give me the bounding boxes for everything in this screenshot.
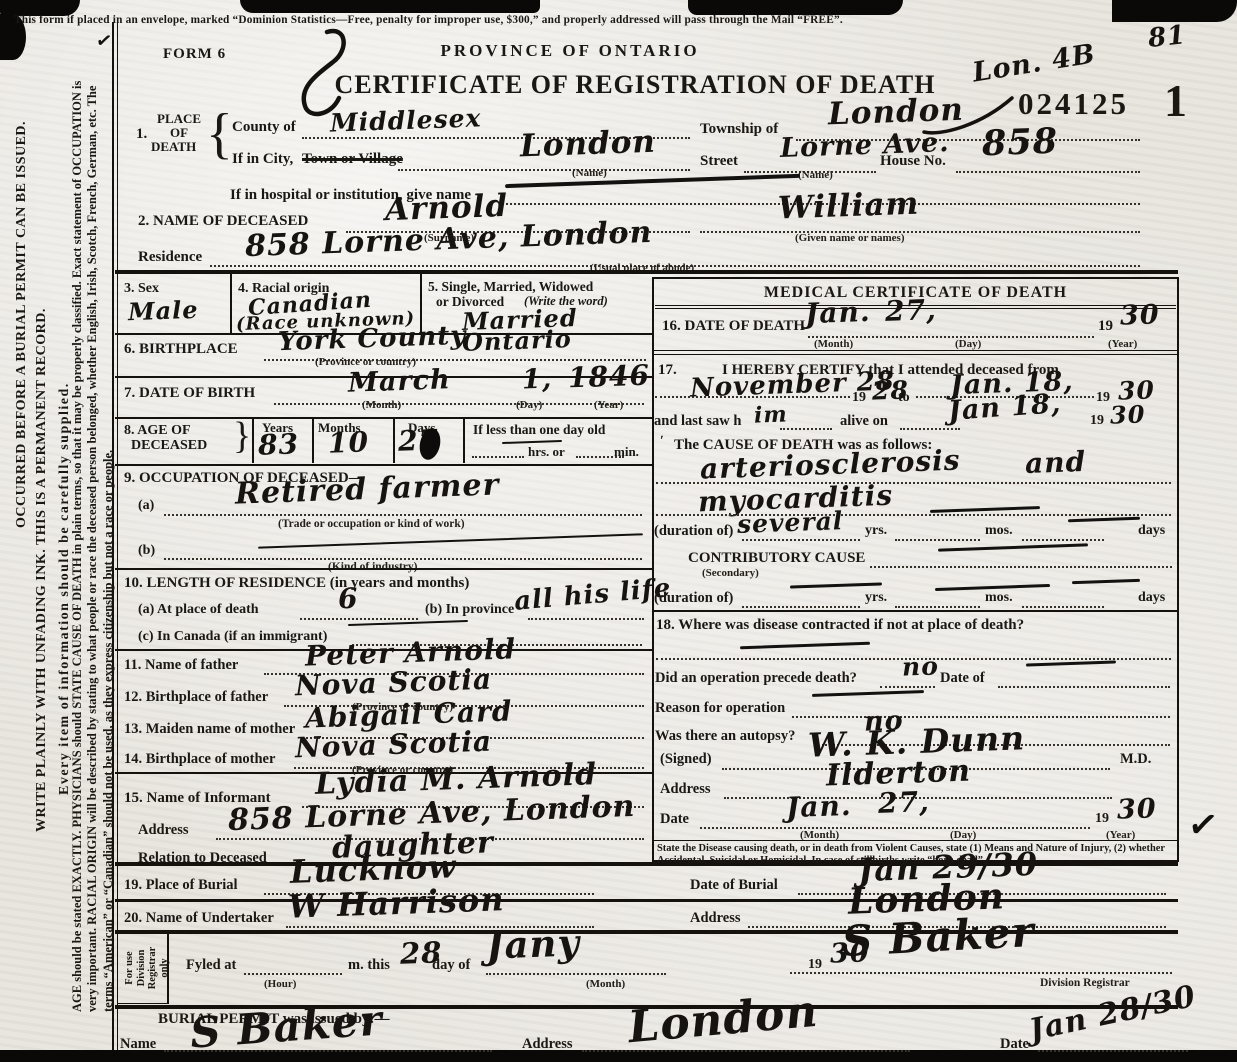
township-label: Township of xyxy=(700,121,778,138)
city-value: London xyxy=(519,124,656,165)
age-min-label: min. xyxy=(614,444,639,460)
age-years-value: 83 xyxy=(257,427,299,461)
registrar-signature: S Baker xyxy=(841,907,1036,966)
duration2-line2 xyxy=(1022,606,1104,608)
dob-year-caption: (Year) xyxy=(594,399,623,411)
cause-tickmark: ʹ xyxy=(660,434,664,450)
to-label: to xyxy=(898,390,910,406)
page-number: 1 xyxy=(1164,74,1187,127)
occupation-line xyxy=(164,514,642,516)
dob-line xyxy=(274,403,644,405)
certificate-date-line xyxy=(700,827,1090,829)
margin-note-2: WRITE PLAINLY WITH UNFADING INK. THIS IS… xyxy=(34,308,50,832)
birthplace-province: Ontario xyxy=(462,324,573,357)
occupation-caption: (Trade or occupation or kind of work) xyxy=(278,518,465,530)
registrar-box-text: For use Division Registrar only xyxy=(124,936,170,1000)
house-no-line xyxy=(956,171,1140,173)
certificate-date-year: 30 xyxy=(1116,793,1157,825)
informant-address-label: Address xyxy=(138,822,189,839)
contributory-line xyxy=(870,566,1172,568)
cell-divider xyxy=(230,274,232,333)
duration-yrs: yrs. xyxy=(865,523,887,539)
s13-label: 13. Maiden name of mother xyxy=(124,721,295,738)
s1-death: DEATH xyxy=(151,139,196,155)
lastsaw-label-a: and last saw h xyxy=(654,413,741,430)
cause-line1b-value: and xyxy=(1024,445,1086,480)
dod-month: Jan. xyxy=(804,295,871,330)
permit-address-label: Address xyxy=(522,1036,573,1053)
dob-day: 1, xyxy=(521,363,552,395)
lastsaw-19: 19 xyxy=(1090,413,1104,429)
duration2-yrs: yrs. xyxy=(865,590,887,606)
s10b-line xyxy=(528,618,644,620)
dob-day-caption: (Day) xyxy=(516,399,542,411)
dod-day: 27, xyxy=(884,293,937,328)
dob-month: March xyxy=(347,364,451,399)
margin-note-paragraph: AGE should be stated EXACTLY. PHYSICIANS… xyxy=(70,60,116,1012)
s16-label: 16. DATE OF DEATH xyxy=(662,318,805,335)
reason-label: Reason for operation xyxy=(655,700,785,717)
duration-value: several xyxy=(737,506,844,539)
rule-below-duration2 xyxy=(652,610,1179,612)
residence-label: Residence xyxy=(138,249,202,266)
s10a-label: (a) At place of death xyxy=(138,602,259,618)
dod-year-caption: (Year) xyxy=(1108,338,1137,350)
county-value: Middlesex xyxy=(330,103,482,137)
industry-strike xyxy=(258,533,643,548)
s8-label-line2: DECEASED xyxy=(131,438,207,454)
city-label: If in City, xyxy=(232,151,293,168)
physician-address-label: Address xyxy=(660,781,711,798)
permit-date-value: Jan 28/30 xyxy=(1026,979,1199,1048)
permit-address-value: London xyxy=(626,986,820,1053)
certificate-date-month: Jan. xyxy=(785,789,852,824)
mthis-label: m. this xyxy=(348,957,390,974)
s9b-label: (b) xyxy=(138,543,155,559)
mail-free-note: This form if placed in an envelope, mark… xyxy=(14,14,843,26)
given-name-line xyxy=(700,231,1140,233)
scan-artifact xyxy=(240,0,540,13)
s10-label: 10. LENGTH OF RESIDENCE (in years and mo… xyxy=(124,575,469,592)
s12-label: 12. Birthplace of father xyxy=(124,689,268,706)
duration2-line1 xyxy=(895,606,980,608)
rule-below-s16b xyxy=(652,354,1179,355)
reason-line xyxy=(792,716,1170,718)
dod-19: 19 xyxy=(1098,318,1113,335)
md-label: M.D. xyxy=(1120,751,1151,768)
duration2-line0 xyxy=(742,606,860,608)
hrs-line xyxy=(472,456,524,458)
undertaker-address-label: Address xyxy=(690,910,741,927)
contributory-label: CONTRIBUTORY CAUSE xyxy=(688,550,865,567)
dayof-label: day of xyxy=(432,957,470,974)
rule-below-s2 xyxy=(115,270,1178,274)
registration-annotation: Lon. 4B xyxy=(970,38,1097,88)
s17-number: 17. xyxy=(658,362,677,379)
review-checkmark: ✓ xyxy=(1185,802,1221,848)
age-lessday-label: If less than one day old xyxy=(473,422,605,438)
burial-date-label: Date of Burial xyxy=(690,877,778,894)
fineprint-top-rule xyxy=(652,840,1179,841)
operation-label: Did an operation precede death? xyxy=(655,670,857,687)
given-name-value: William xyxy=(777,186,919,227)
from-19: 19 xyxy=(852,390,866,406)
fyled-label: Fyled at xyxy=(186,957,236,974)
autopsy-label: Was there an autopsy? xyxy=(655,728,795,745)
sex-value: Male xyxy=(128,295,199,326)
s9a-label: (a) xyxy=(138,498,154,514)
lastsaw-line1 xyxy=(780,428,832,430)
cell-divider xyxy=(393,419,395,463)
given-name-caption: (Given name or names) xyxy=(795,232,904,244)
dob-month-caption: (Month) xyxy=(362,399,401,411)
city-struck-words: Town or Village xyxy=(302,151,403,168)
operation-value: no xyxy=(902,651,940,681)
certificate-date-19: 19 xyxy=(1095,811,1109,827)
certificate-date-day: 27, xyxy=(877,785,930,820)
fyled-hour-caption: (Hour) xyxy=(264,978,296,990)
s1-brace: { xyxy=(206,102,233,166)
s1-number: 1. xyxy=(136,126,147,143)
registrar-signature-line xyxy=(790,972,1172,974)
rule-below-s19 xyxy=(115,899,1178,902)
industry-caption: (Kind of industry) xyxy=(328,561,417,573)
s3-label: 3. Sex xyxy=(124,281,159,297)
street-label: Street xyxy=(700,153,738,170)
house-no-value: 858 xyxy=(981,121,1058,165)
s7-label: 7. DATE OF BIRTH xyxy=(124,385,255,402)
filed-month-line xyxy=(486,973,666,975)
s20-label: 20. Name of Undertaker xyxy=(124,910,274,927)
dod-month-caption: (Month) xyxy=(814,338,853,350)
s14-label: 14. Birthplace of mother xyxy=(124,751,275,768)
duration-line1 xyxy=(895,539,980,541)
duration-mos: mos. xyxy=(985,523,1013,539)
s18-label: 18. Where was disease contracted if not … xyxy=(656,617,1024,634)
age-months-value: 10 xyxy=(327,425,369,459)
s10b-value: all his life xyxy=(513,573,673,617)
cause-line2-rule xyxy=(656,514,1171,516)
operation-dateof-label: Date of xyxy=(940,670,985,687)
lastsaw-line2 xyxy=(900,428,960,430)
fyled-hour-line xyxy=(244,973,342,975)
dod-year: 30 xyxy=(1119,299,1160,331)
s8-label-line1: 8. AGE OF xyxy=(124,423,191,439)
s5-label-line1: 5. Single, Married, Widowed xyxy=(428,279,593,295)
form-left-border-inner xyxy=(117,22,118,1050)
filed-month-caption: (Month) xyxy=(586,978,625,990)
operation-dateof-line xyxy=(998,686,1170,688)
rule-below-s7 xyxy=(115,417,652,419)
permit-date-line xyxy=(1038,1050,1188,1052)
lastsaw-year: 30 xyxy=(1110,399,1146,429)
dod-day-caption: (Day) xyxy=(955,338,981,350)
cell-divider xyxy=(312,419,314,463)
s8-brace: } xyxy=(233,414,251,458)
rule-below-s8 xyxy=(115,464,652,466)
birthplace-value: York County xyxy=(278,321,467,358)
registrar-signature-caption: Division Registrar xyxy=(1040,977,1130,989)
cell-divider xyxy=(463,419,465,463)
scan-artifact xyxy=(1112,0,1237,22)
duration2-label: (duration of) xyxy=(654,590,733,607)
duration-label: (duration of) xyxy=(654,523,733,540)
industry-line xyxy=(164,558,642,560)
form-number: FORM 6 xyxy=(163,46,226,63)
dob-year: 1846 xyxy=(567,359,650,395)
duration-days: days xyxy=(1138,523,1165,539)
lastsaw-label-b: alive on xyxy=(840,413,888,430)
county-label: County of xyxy=(232,119,296,136)
duration2-days: days xyxy=(1138,590,1165,606)
s10c-label: (c) In Canada (if an immigrant) xyxy=(138,629,327,645)
hospital-strike xyxy=(505,174,800,188)
duration-line0 xyxy=(742,539,860,541)
house-no-label: House No. xyxy=(880,153,946,170)
serial-number-stamp: 024125 xyxy=(1018,86,1129,122)
margin-note-1: OCCURRED BEFORE A BURIAL PERMIT CAN BE I… xyxy=(14,121,30,528)
mother-birthplace-value: Nova Scotia xyxy=(294,725,492,765)
certificate-date-label: Date xyxy=(660,811,689,828)
undertaker-value: W Harrison xyxy=(287,880,505,926)
rule-below-s9 xyxy=(115,568,652,570)
s6-label: 6. BIRTHPLACE xyxy=(124,341,238,358)
permit-name-label: Name xyxy=(120,1036,156,1053)
street-name-caption: (Name) xyxy=(798,169,833,181)
s10c-strike xyxy=(348,620,468,626)
cell-divider xyxy=(252,419,254,463)
city-line xyxy=(398,169,690,171)
permit-date-label: Date xyxy=(1000,1036,1029,1053)
duration-line2 xyxy=(1022,539,1104,541)
age-hrs-label: hrs. or xyxy=(528,444,565,460)
operation-line xyxy=(880,686,935,688)
duration2-mos: mos. xyxy=(985,590,1013,606)
province-heading: PROVINCE OF ONTARIO xyxy=(380,41,760,61)
lastsaw-him: im xyxy=(754,401,789,428)
contributory-caption: (Secondary) xyxy=(702,567,759,579)
margin-checkmark: ✓ xyxy=(94,29,114,54)
rule-below-s16 xyxy=(652,350,1179,351)
filed-month-value: Jany xyxy=(485,920,580,967)
s19-label: 19. Place of Burial xyxy=(124,877,238,894)
filed-19: 19 xyxy=(808,957,822,973)
signed-label: (Signed) xyxy=(660,751,712,768)
city-name-caption: (Name) xyxy=(572,167,607,179)
death-certificate-scan: OCCURRED BEFORE A BURIAL PERMIT CAN BE I… xyxy=(0,0,1237,1062)
s10a-line xyxy=(300,618,418,620)
to-19: 19 xyxy=(1096,390,1110,406)
s11-label: 11. Name of father xyxy=(124,657,238,674)
scan-artifact xyxy=(688,0,903,15)
s10b-label: (b) In province xyxy=(425,602,514,618)
page-annotation: 81 xyxy=(1147,20,1188,54)
s10a-value: 6 xyxy=(337,582,359,616)
